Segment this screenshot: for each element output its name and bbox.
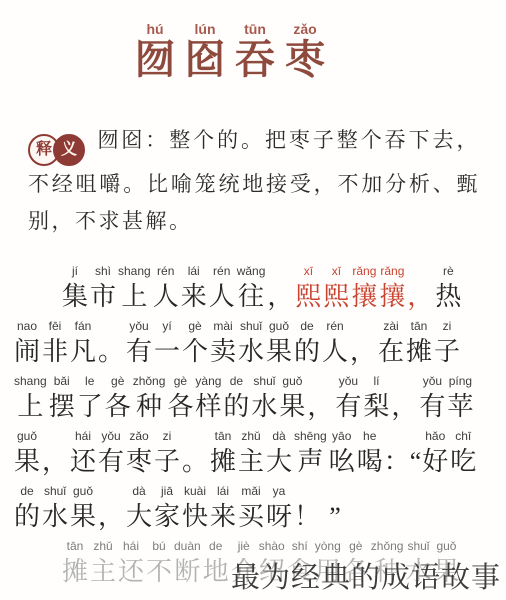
- hanzi-char: 来: [180, 279, 208, 315]
- hanzi-char: 家: [153, 499, 181, 535]
- hanzi-char: 果: [265, 334, 293, 370]
- pinyin-label: shuǐ: [404, 539, 432, 554]
- hanzi-char: 有: [334, 389, 362, 425]
- hanzi-char: 囵: [185, 38, 225, 82]
- ruby-token: ，: [306, 374, 334, 425]
- ruby-token: yǒu有: [125, 319, 153, 370]
- story-line: shang上bǎi摆le了gè各zhǒng种gè各yàng样de的shuǐ水gu…: [13, 374, 498, 429]
- ruby-token: jí集: [61, 264, 89, 315]
- ruby-token: lí梨: [362, 374, 390, 425]
- ruby-token: yǒu有: [97, 429, 125, 480]
- pinyin-label: [41, 429, 69, 444]
- pinyin-label: [321, 484, 349, 499]
- hanzi-char: ，: [97, 499, 125, 535]
- hanzi-char: 卖: [209, 334, 237, 370]
- hanzi-char: 凡: [69, 334, 97, 370]
- ruby-token: shì市: [89, 264, 117, 315]
- pinyin-label: zhǔ: [237, 429, 265, 444]
- pinyin-label: gè: [166, 374, 194, 389]
- ruby-token: hái还: [117, 539, 145, 590]
- ruby-token: hú囫: [135, 20, 175, 82]
- ruby-token: shuǐ水: [41, 484, 69, 535]
- pinyin-label: zài: [377, 319, 405, 334]
- ruby-token: gè各: [104, 374, 132, 425]
- hanzi-char: 水: [250, 389, 278, 425]
- pinyin-label: zhǒng: [370, 539, 405, 554]
- pinyin-label: gè: [104, 374, 132, 389]
- hanzi-char: 热: [434, 279, 462, 315]
- ruby-token: shang上: [13, 374, 48, 425]
- hanzi-char: 果: [69, 499, 97, 535]
- pinyin-label: yāo: [328, 429, 356, 444]
- ruby-token: jiā家: [153, 484, 181, 535]
- hanzi-char: 摊: [209, 444, 237, 480]
- ruby-token: hái还: [69, 429, 97, 480]
- ruby-token: gè各: [166, 374, 194, 425]
- hanzi-char: 地: [202, 554, 230, 590]
- hanzi-char: 摆: [48, 389, 76, 425]
- hanzi-char: ，: [349, 334, 377, 370]
- hanzi-char: 市: [89, 279, 117, 315]
- ruby-token: guǒ果: [69, 484, 97, 535]
- hanzi-char: 不: [145, 554, 173, 590]
- pinyin-label: guǒ: [278, 374, 306, 389]
- pinyin-label: fán: [69, 319, 97, 334]
- hanzi-char: 快: [181, 499, 209, 535]
- pinyin-label: rǎng: [350, 264, 378, 279]
- story-line: de的shuǐ水guǒ果 ，dà大jiā家kuài快lái来mǎi买ya呀 ！ …: [13, 484, 498, 539]
- pinyin-label: shēng: [293, 429, 328, 444]
- pinyin-label: zǎo: [125, 429, 153, 444]
- hanzi-char: 人: [321, 334, 349, 370]
- idiom-title: hú囫lún囵tūn吞zǎo枣: [0, 0, 460, 82]
- pinyin-label: [97, 484, 125, 499]
- hanzi-char: 水: [237, 334, 265, 370]
- pinyin-label: de: [13, 484, 41, 499]
- pinyin-label: rè: [434, 264, 462, 279]
- pinyin-label: [349, 319, 377, 334]
- hanzi-char: 熙: [322, 279, 350, 315]
- ruby-token: xī熙: [322, 264, 350, 315]
- ruby-token: guǒ果: [278, 374, 306, 425]
- story-text: jí集shì市shang上rén人lái来rén人wǎng往 ，xī熙xī熙rǎ…: [0, 264, 506, 594]
- hanzi-char: 人: [152, 279, 180, 315]
- hanzi-char: 声: [293, 444, 328, 480]
- hanzi-char: 子: [433, 334, 461, 370]
- story-line: guǒ果 ，hái还yǒu有zǎo枣zi子 。tān摊zhǔ主dà大shēng声…: [13, 429, 498, 484]
- hanzi-char: 种: [132, 389, 167, 425]
- pinyin-label: [293, 484, 321, 499]
- pinyin-label: rén: [152, 264, 180, 279]
- hanzi-char: 枣: [125, 444, 153, 480]
- ruby-token: de的: [13, 484, 41, 535]
- pinyin-label: de: [293, 319, 321, 334]
- ruby-token: de的: [293, 319, 321, 370]
- pinyin-label: ya: [265, 484, 293, 499]
- pinyin-label: yòng: [314, 539, 342, 554]
- hanzi-char: 苹: [446, 389, 474, 425]
- pinyin-label: bú: [145, 539, 173, 554]
- story-line: nao闹fēi非fán凡 。yǒu有yí一gè个mài卖shuǐ水guǒ果de的…: [13, 319, 498, 374]
- ruby-token: píng苹: [446, 374, 474, 425]
- hanzi-char: 攘: [350, 279, 378, 315]
- pinyin-label: dà: [265, 429, 293, 444]
- pinyin-label: yàng: [194, 374, 222, 389]
- ruby-token: shuǐ水: [250, 374, 278, 425]
- hanzi-char: 集: [61, 279, 89, 315]
- hanzi-char: 吃: [449, 444, 477, 480]
- hanzi-char: 攘: [378, 279, 406, 315]
- pinyin-label: mǎi: [237, 484, 265, 499]
- hanzi-char: 大: [265, 444, 293, 480]
- pinyin-label: [406, 264, 434, 279]
- hanzi-char: ，: [266, 279, 294, 315]
- ruby-token: duàn断: [173, 539, 202, 590]
- pinyin-label: tūn: [235, 20, 275, 38]
- pinyin-label: yǒu: [334, 374, 362, 389]
- pinyin-label: rén: [321, 319, 349, 334]
- hanzi-char: 各: [166, 389, 194, 425]
- ruby-token: yǒu有: [418, 374, 446, 425]
- ruby-token: guǒ果: [265, 319, 293, 370]
- ruby-token: hǎo好: [421, 429, 449, 480]
- hanzi-char: 了: [76, 389, 104, 425]
- ruby-token: shuǐ水: [237, 319, 265, 370]
- ruby-token: ：“: [384, 429, 422, 480]
- ruby-token: zài在: [377, 319, 405, 370]
- ruby-token: lái来: [180, 264, 208, 315]
- shiyi-seal-icon: 释义: [28, 129, 85, 166]
- ruby-token: ，: [406, 264, 434, 315]
- ruby-token: wǎng往: [236, 264, 267, 315]
- pinyin-label: shuǐ: [237, 319, 265, 334]
- hanzi-char: 有: [418, 389, 446, 425]
- pinyin-label: shì: [89, 264, 117, 279]
- pinyin-label: yǒu: [125, 319, 153, 334]
- hanzi-char: 还: [117, 554, 145, 590]
- hanzi-char: 子: [153, 444, 181, 480]
- pinyin-label: [390, 374, 418, 389]
- pinyin-label: bǎi: [48, 374, 76, 389]
- ruby-token: ，: [390, 374, 418, 425]
- pinyin-label: shang: [117, 264, 152, 279]
- hanzi-char: 摊: [405, 334, 433, 370]
- hanzi-char: 非: [41, 334, 69, 370]
- hanzi-char: 囫: [135, 38, 175, 82]
- ruby-token: yāo吆: [328, 429, 356, 480]
- ruby-token: zi子: [153, 429, 181, 480]
- pinyin-label: kuài: [181, 484, 209, 499]
- hanzi-char: 还: [69, 444, 97, 480]
- pinyin-label: xī: [294, 264, 322, 279]
- ruby-token: rè热: [434, 264, 462, 315]
- ruby-token: tān摊: [61, 539, 89, 590]
- hanzi-char: ，: [306, 389, 334, 425]
- pinyin-label: guǒ: [432, 539, 460, 554]
- hanzi-char: 果: [278, 389, 306, 425]
- definition-text: 囫囵：整个的。把枣子整个吞下去，不经咀嚼。比喻笼统地接受，不加分析、甄别，不求甚…: [28, 128, 480, 233]
- ruby-token: rǎng攘: [378, 264, 406, 315]
- hanzi-char: 呀: [265, 499, 293, 535]
- ruby-token: yǒu有: [334, 374, 362, 425]
- ruby-token: dà大: [265, 429, 293, 480]
- pinyin-label: shang: [13, 374, 48, 389]
- pinyin-label: guǒ: [69, 484, 97, 499]
- ruby-token: yí一: [153, 319, 181, 370]
- hanzi-char: 买: [237, 499, 265, 535]
- hanzi-char: 上: [13, 389, 48, 425]
- ruby-token: 。: [181, 429, 209, 480]
- pinyin-label: píng: [446, 374, 474, 389]
- pinyin-label: jiā: [153, 484, 181, 499]
- ruby-token: bǎi摆: [48, 374, 76, 425]
- hanzi-char: 吆: [328, 444, 356, 480]
- pinyin-label: zhǔ: [89, 539, 117, 554]
- ruby-token: kuài快: [181, 484, 209, 535]
- ruby-token: mài卖: [209, 319, 237, 370]
- hanzi-char: 。: [97, 334, 125, 370]
- pinyin-label: chī: [449, 429, 477, 444]
- pinyin-label: duàn: [173, 539, 202, 554]
- hanzi-char: 好: [421, 444, 449, 480]
- hanzi-char: 一: [153, 334, 181, 370]
- hanzi-char: 的: [222, 389, 250, 425]
- ruby-token: guǒ果: [13, 429, 41, 480]
- ruby-token: ，: [266, 264, 294, 315]
- pinyin-label: de: [202, 539, 230, 554]
- hanzi-char: 喝: [356, 444, 384, 480]
- ruby-token: fēi非: [41, 319, 69, 370]
- hanzi-char: ，: [41, 444, 69, 480]
- hanzi-char: ：“: [384, 444, 422, 480]
- hanzi-char: 个: [181, 334, 209, 370]
- hanzi-char: 的: [293, 334, 321, 370]
- pinyin-label: fēi: [41, 319, 69, 334]
- ruby-token: tān摊: [405, 319, 433, 370]
- hanzi-char: 摊: [61, 554, 89, 590]
- pinyin-label: tān: [405, 319, 433, 334]
- ruby-token: rén人: [321, 319, 349, 370]
- ruby-token: de的: [222, 374, 250, 425]
- pinyin-label: gè: [342, 539, 370, 554]
- pinyin-label: hǎo: [421, 429, 449, 444]
- pinyin-label: guǒ: [265, 319, 293, 334]
- ruby-token: mǎi买: [237, 484, 265, 535]
- hanzi-char: 大: [125, 499, 153, 535]
- hanzi-char: 梨: [362, 389, 390, 425]
- pinyin-label: hái: [117, 539, 145, 554]
- pinyin-label: zi: [433, 319, 461, 334]
- hanzi-char: 闹: [13, 334, 41, 370]
- hanzi-char: 。: [181, 444, 209, 480]
- pinyin-label: [384, 429, 422, 444]
- ruby-token: gè个: [181, 319, 209, 370]
- pinyin-label: dà: [125, 484, 153, 499]
- pinyin-label: shuǐ: [250, 374, 278, 389]
- ruby-token: de地: [202, 539, 230, 590]
- pinyin-label: shuǐ: [41, 484, 69, 499]
- ruby-token: xī熙: [294, 264, 322, 315]
- pinyin-label: lái: [209, 484, 237, 499]
- pinyin-label: gè: [181, 319, 209, 334]
- ruby-token: zhǔ主: [237, 429, 265, 480]
- pinyin-label: [181, 429, 209, 444]
- ruby-token: tūn吞: [235, 20, 275, 82]
- pinyin-label: wǎng: [236, 264, 267, 279]
- ruby-token: le了: [76, 374, 104, 425]
- hanzi-char: 来: [209, 499, 237, 535]
- hanzi-char: 样: [194, 389, 222, 425]
- hanzi-char: 主: [89, 554, 117, 590]
- ruby-token: ，: [97, 484, 125, 535]
- pinyin-label: lí: [362, 374, 390, 389]
- ruby-token: chī吃: [449, 429, 477, 480]
- pinyin-label: yǒu: [418, 374, 446, 389]
- hanzi-char: 的: [13, 499, 41, 535]
- hanzi-char: ！: [293, 499, 321, 535]
- pinyin-label: zi: [153, 429, 181, 444]
- hanzi-char: 吞: [235, 38, 275, 82]
- idiom-title-ruby-line: hú囫lún囵tūn吞zǎo枣: [0, 20, 460, 82]
- pinyin-label: [306, 374, 334, 389]
- hanzi-char: 有: [125, 334, 153, 370]
- ruby-token: ya呀: [265, 484, 293, 535]
- pinyin-label: nao: [13, 319, 41, 334]
- pinyin-label: lún: [185, 20, 225, 38]
- ruby-token: 。: [97, 319, 125, 370]
- ruby-token: ”: [321, 484, 349, 535]
- ruby-token: dà大: [125, 484, 153, 535]
- pinyin-label: yǒu: [97, 429, 125, 444]
- ruby-token: shēng声: [293, 429, 328, 480]
- pinyin-label: lái: [180, 264, 208, 279]
- pinyin-label: tān: [209, 429, 237, 444]
- pinyin-label: de: [222, 374, 250, 389]
- ruby-token: bú不: [145, 539, 173, 590]
- ruby-token: ，: [41, 429, 69, 480]
- pinyin-label: xī: [322, 264, 350, 279]
- hanzi-char: 水: [41, 499, 69, 535]
- hanzi-char: 上: [117, 279, 152, 315]
- pinyin-label: zhǒng: [132, 374, 167, 389]
- pinyin-label: le: [76, 374, 104, 389]
- ruby-token: ！: [293, 484, 321, 535]
- ruby-token: zhǒng种: [132, 374, 167, 425]
- ruby-token: zhǔ主: [89, 539, 117, 590]
- hanzi-char: 枣: [285, 38, 325, 82]
- ruby-token: lún囵: [185, 20, 225, 82]
- pinyin-label: shào: [258, 539, 286, 554]
- pinyin-label: guǒ: [13, 429, 41, 444]
- ruby-token: shang上: [117, 264, 152, 315]
- ruby-token: rén人: [208, 264, 236, 315]
- hanzi-char: 各: [104, 389, 132, 425]
- hanzi-char: 断: [173, 554, 202, 590]
- ruby-token: ，: [349, 319, 377, 370]
- hanzi-char: ”: [321, 499, 349, 535]
- seal-right-circle: 义: [53, 134, 85, 166]
- pinyin-label: rǎng: [378, 264, 406, 279]
- pinyin-label: shí: [286, 539, 314, 554]
- ruby-token: zǎo枣: [125, 429, 153, 480]
- pinyin-label: jí: [61, 264, 89, 279]
- ruby-token: rén人: [152, 264, 180, 315]
- hanzi-char: ，: [406, 279, 434, 315]
- pinyin-label: tān: [61, 539, 89, 554]
- ruby-token: rǎng攘: [350, 264, 378, 315]
- story-line: jí集shì市shang上rén人lái来rén人wǎng往 ，xī熙xī熙rǎ…: [13, 264, 498, 319]
- ruby-token: nao闹: [13, 319, 41, 370]
- hanzi-char: 主: [237, 444, 265, 480]
- ruby-token: he喝: [356, 429, 384, 480]
- storybook-page: hú囫lún囵tūn吞zǎo枣 释义 囫囵：整个的。把枣子整个吞下去，不经咀嚼。…: [0, 0, 506, 600]
- pinyin-label: [97, 319, 125, 334]
- hanzi-char: 熙: [294, 279, 322, 315]
- hanzi-char: 人: [208, 279, 236, 315]
- ruby-token: zi子: [433, 319, 461, 370]
- watermark-caption: 最为经典的成语故事: [231, 561, 501, 595]
- pinyin-label: hái: [69, 429, 97, 444]
- pinyin-label: yí: [153, 319, 181, 334]
- hanzi-char: 在: [377, 334, 405, 370]
- pinyin-label: he: [356, 429, 384, 444]
- hanzi-char: 往: [236, 279, 267, 315]
- pinyin-label: rén: [208, 264, 236, 279]
- ruby-token: yàng样: [194, 374, 222, 425]
- pinyin-label: zǎo: [285, 20, 325, 38]
- ruby-token: tān摊: [209, 429, 237, 480]
- pinyin-label: mài: [209, 319, 237, 334]
- ruby-token: fán凡: [69, 319, 97, 370]
- hanzi-char: ，: [390, 389, 418, 425]
- pinyin-label: jiè: [230, 539, 258, 554]
- pinyin-label: hú: [135, 20, 175, 38]
- pinyin-label: [266, 264, 294, 279]
- hanzi-char: 有: [97, 444, 125, 480]
- ruby-token: lái来: [209, 484, 237, 535]
- definition-section: 释义 囫囵：整个的。把枣子整个吞下去，不经咀嚼。比喻笼统地接受，不加分析、甄别，…: [28, 122, 480, 240]
- hanzi-char: 果: [13, 444, 41, 480]
- ruby-token: zǎo枣: [285, 20, 325, 82]
